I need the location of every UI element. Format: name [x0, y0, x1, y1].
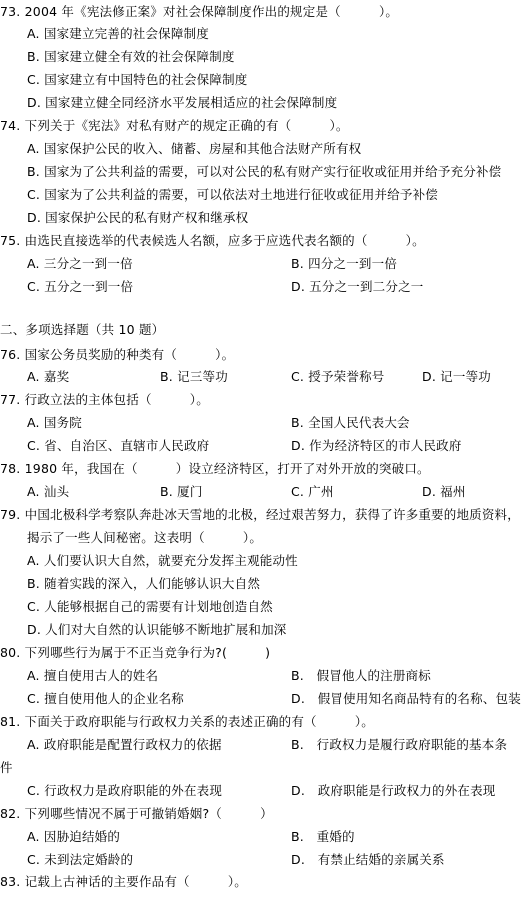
question-76-option-b: B. 记三等功: [160, 367, 228, 387]
question-74-option-c: C. 国家为了公共利益的需要，可以依法对土地进行征收或征用并给予补偿: [27, 185, 438, 205]
question-80-option-a: A. 擅自使用古人的姓名: [27, 666, 158, 686]
question-81-option-a: A. 政府职能是配置行政权力的依据: [27, 735, 222, 755]
question-78-option-c: C. 广州: [291, 482, 334, 502]
question-81-option-c: C. 行政权力是政府职能的外在表现: [27, 781, 222, 801]
question-77-option-c: C. 省、自治区、直辖市人民政府: [27, 436, 209, 456]
question-79-stem: 79. 中国北极科学考察队奔赴冰天雪地的北极，经过艰苦努力，获得了许多重要的地质…: [0, 505, 520, 525]
question-78-stem: 78. 1980 年，我国在（ ）设立经济特区，打开了对外开放的突破口。: [0, 459, 430, 479]
question-83-stem: 83. 记载上古神话的主要作品有（ ）。: [0, 872, 247, 892]
question-73-option-c: C. 国家建立有中国特色的社会保障制度: [27, 70, 247, 90]
question-79-stem-continued: 揭示了一些人间秘密。这表明（ ）。: [27, 528, 262, 548]
question-74-option-b: B. 国家为了公共利益的需要，可以对公民的私有财产实行征收或征用并给予充分补偿: [27, 162, 501, 182]
question-78-option-a: A. 汕头: [27, 482, 69, 502]
question-80-stem: 80. 下列哪些行为属于不正当竞争行为?( ): [0, 643, 270, 663]
question-79-option-c: C. 人能够根据自己的需要有计划地创造自然: [27, 597, 273, 617]
question-79-option-d: D. 人们对大自然的认识能够不断地扩展和加深: [27, 620, 286, 640]
question-74-option-d: D. 国家保护公民的私有财产权和继承权: [27, 208, 248, 228]
question-78-option-b: B. 厦门: [160, 482, 203, 502]
question-80-option-d: D. 假冒使用知名商品特有的名称、包装: [291, 689, 521, 709]
question-81-option-b: B. 行政权力是履行政府职能的基本条: [291, 735, 507, 755]
question-75-stem: 75. 由选民直接选举的代表候选人名额，应多于应选代表名额的（ ）。: [0, 231, 425, 251]
question-82-option-a: A. 因胁迫结婚的: [27, 827, 120, 847]
question-82-option-b: B. 重婚的: [291, 827, 355, 847]
question-79-option-b: B. 随着实践的深入，人们能够认识大自然: [27, 574, 260, 594]
question-82-option-d: D. 有禁止结婚的亲属关系: [291, 850, 445, 870]
question-79-option-a: A. 人们要认识大自然，就要充分发挥主观能动性: [27, 551, 298, 571]
question-76-stem: 76. 国家公务员奖励的种类有（ ）。: [0, 345, 234, 365]
question-77-option-a: A. 国务院: [27, 413, 82, 433]
question-73-option-d: D. 国家建立健全同经济水平发展相适应的社会保障制度: [27, 93, 337, 113]
question-80-option-b: B. 假冒他人的注册商标: [291, 666, 431, 686]
section-heading: 二、多项选择题（共 10 题）: [0, 320, 164, 340]
question-77-option-b: B. 全国人民代表大会: [291, 413, 410, 433]
question-76-option-c: C. 授予荣誉称号: [291, 367, 384, 387]
question-77-option-d: D. 作为经济特区的市人民政府: [291, 436, 462, 456]
question-73-stem: 73. 2004 年《宪法修正案》对社会保障制度作出的规定是（ ）。: [0, 2, 398, 22]
question-81-stem: 81. 下面关于政府职能与行政权力关系的表述正确的有（ ）。: [0, 712, 374, 732]
question-75-option-a: A. 三分之一到一倍: [27, 254, 133, 274]
question-76-option-d: D. 记一等功: [422, 367, 491, 387]
question-76-option-a: A. 嘉奖: [27, 367, 69, 387]
question-82-option-c: C. 未到法定婚龄的: [27, 850, 133, 870]
question-74-option-a: A. 国家保护公民的收入、储蓄、房屋和其他合法财产所有权: [27, 139, 361, 159]
question-74-stem: 74. 下列关于《宪法》对私有财产的规定正确的有（ ）。: [0, 116, 349, 136]
question-75-option-c: C. 五分之一到一倍: [27, 277, 133, 297]
question-78-option-d: D. 福州: [422, 482, 466, 502]
question-81-option-b-wrap: 件: [0, 758, 13, 778]
question-73-option-a: A. 国家建立完善的社会保障制度: [27, 24, 209, 44]
question-77-stem: 77. 行政立法的主体包括（ ）。: [0, 390, 209, 410]
question-82-stem: 82. 下列哪些情况不属于可撤销婚姻?（ ）: [0, 804, 273, 824]
question-80-option-c: C. 擅自使用他人的企业名称: [27, 689, 184, 709]
question-75-option-d: D. 五分之一到二分之一: [291, 277, 423, 297]
question-73-option-b: B. 国家建立健全有效的社会保障制度: [27, 47, 235, 67]
question-81-option-d: D. 政府职能是行政权力的外在表现: [291, 781, 496, 801]
question-75-option-b: B. 四分之一到一倍: [291, 254, 397, 274]
